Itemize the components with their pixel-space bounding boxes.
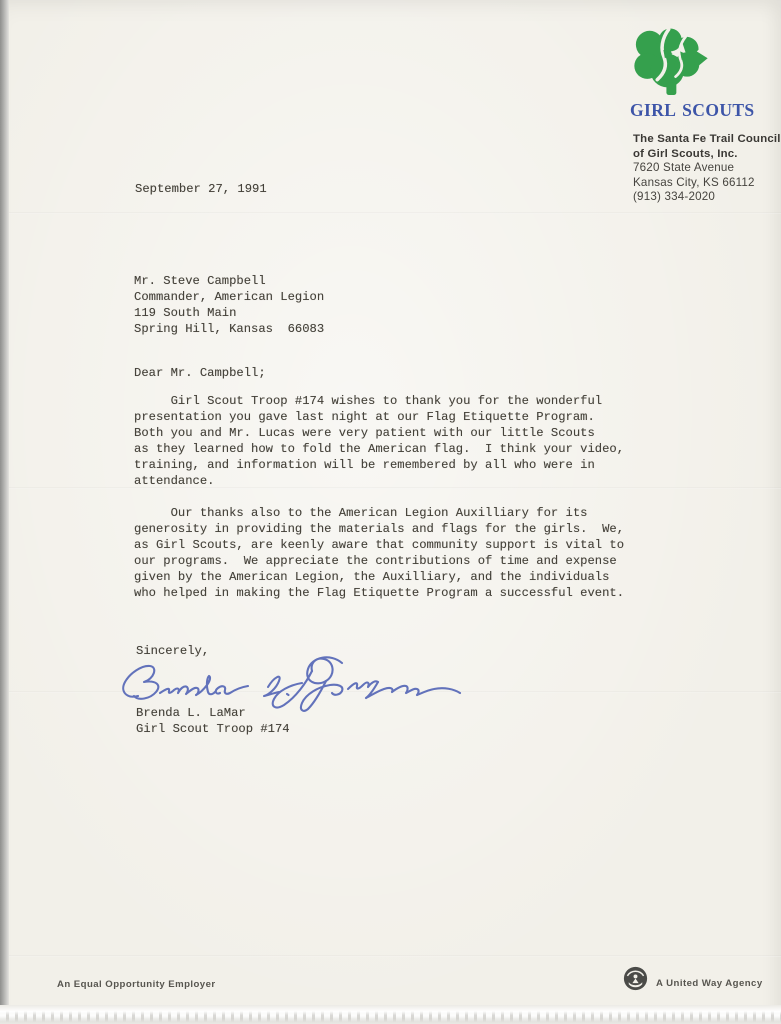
- album-bottom-edge: [0, 1005, 781, 1024]
- paper-crease: [9, 212, 781, 214]
- album-left-edge: [0, 0, 9, 1024]
- letter-date: September 27, 1991: [135, 181, 267, 197]
- girl-scouts-trefoil-logo: [629, 26, 713, 99]
- salutation: Dear Mr. Campbell;: [134, 365, 266, 381]
- council-city: Kansas City, KS 66112: [633, 176, 781, 190]
- council-address-block: The Santa Fe Trail Council of Girl Scout…: [633, 132, 781, 204]
- paper-crease: [9, 955, 781, 957]
- scanned-letter-page: GIRL SCOUTS The Santa Fe Trail Council o…: [0, 0, 781, 1024]
- handwritten-signature: [116, 649, 466, 713]
- recipient-address-block: Mr. Steve Campbell Commander, American L…: [134, 273, 324, 337]
- council-phone: (913) 334-2020: [633, 190, 781, 204]
- girl-scouts-wordmark: GIRL SCOUTS: [630, 100, 755, 121]
- equal-opportunity-text: An Equal Opportunity Employer: [57, 979, 216, 990]
- council-street: 7620 State Avenue: [633, 161, 781, 175]
- signer-name-title-block: Brenda L. LaMar Girl Scout Troop #174: [136, 705, 290, 737]
- council-name-line2: of Girl Scouts, Inc.: [633, 147, 781, 162]
- council-name-line1: The Santa Fe Trail Council: [633, 132, 781, 147]
- body-paragraph-1: Girl Scout Troop #174 wishes to thank yo…: [134, 393, 624, 489]
- united-way-logo: [621, 965, 650, 992]
- united-way-text: A United Way Agency: [656, 978, 763, 989]
- body-paragraph-2: Our thanks also to the American Legion A…: [134, 505, 624, 601]
